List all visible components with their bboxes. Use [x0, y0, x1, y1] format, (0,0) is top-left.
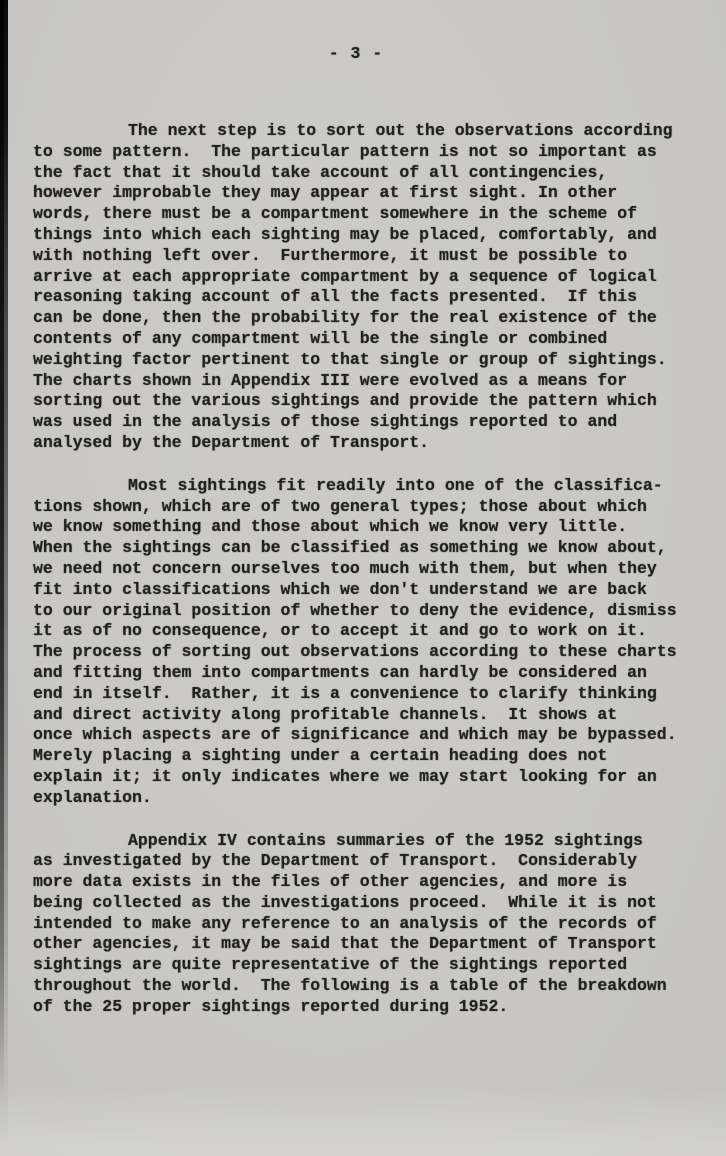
paragraph-sorting-observations: The next step is to sort out the observa…	[33, 121, 700, 454]
paragraph-classifications: Most sightings fit readily into one of t…	[33, 476, 700, 809]
scan-edge-artifact-inner	[0, 0, 4, 1100]
paragraph-appendix-iv: Appendix IV contains summaries of the 19…	[33, 831, 700, 1018]
document-page: - 3 - The next step is to sort out the o…	[0, 0, 726, 1156]
scan-edge-artifact	[0, 0, 8, 1156]
page-number: - 3 -	[0, 0, 719, 63]
document-body: The next step is to sort out the observa…	[0, 121, 726, 1018]
